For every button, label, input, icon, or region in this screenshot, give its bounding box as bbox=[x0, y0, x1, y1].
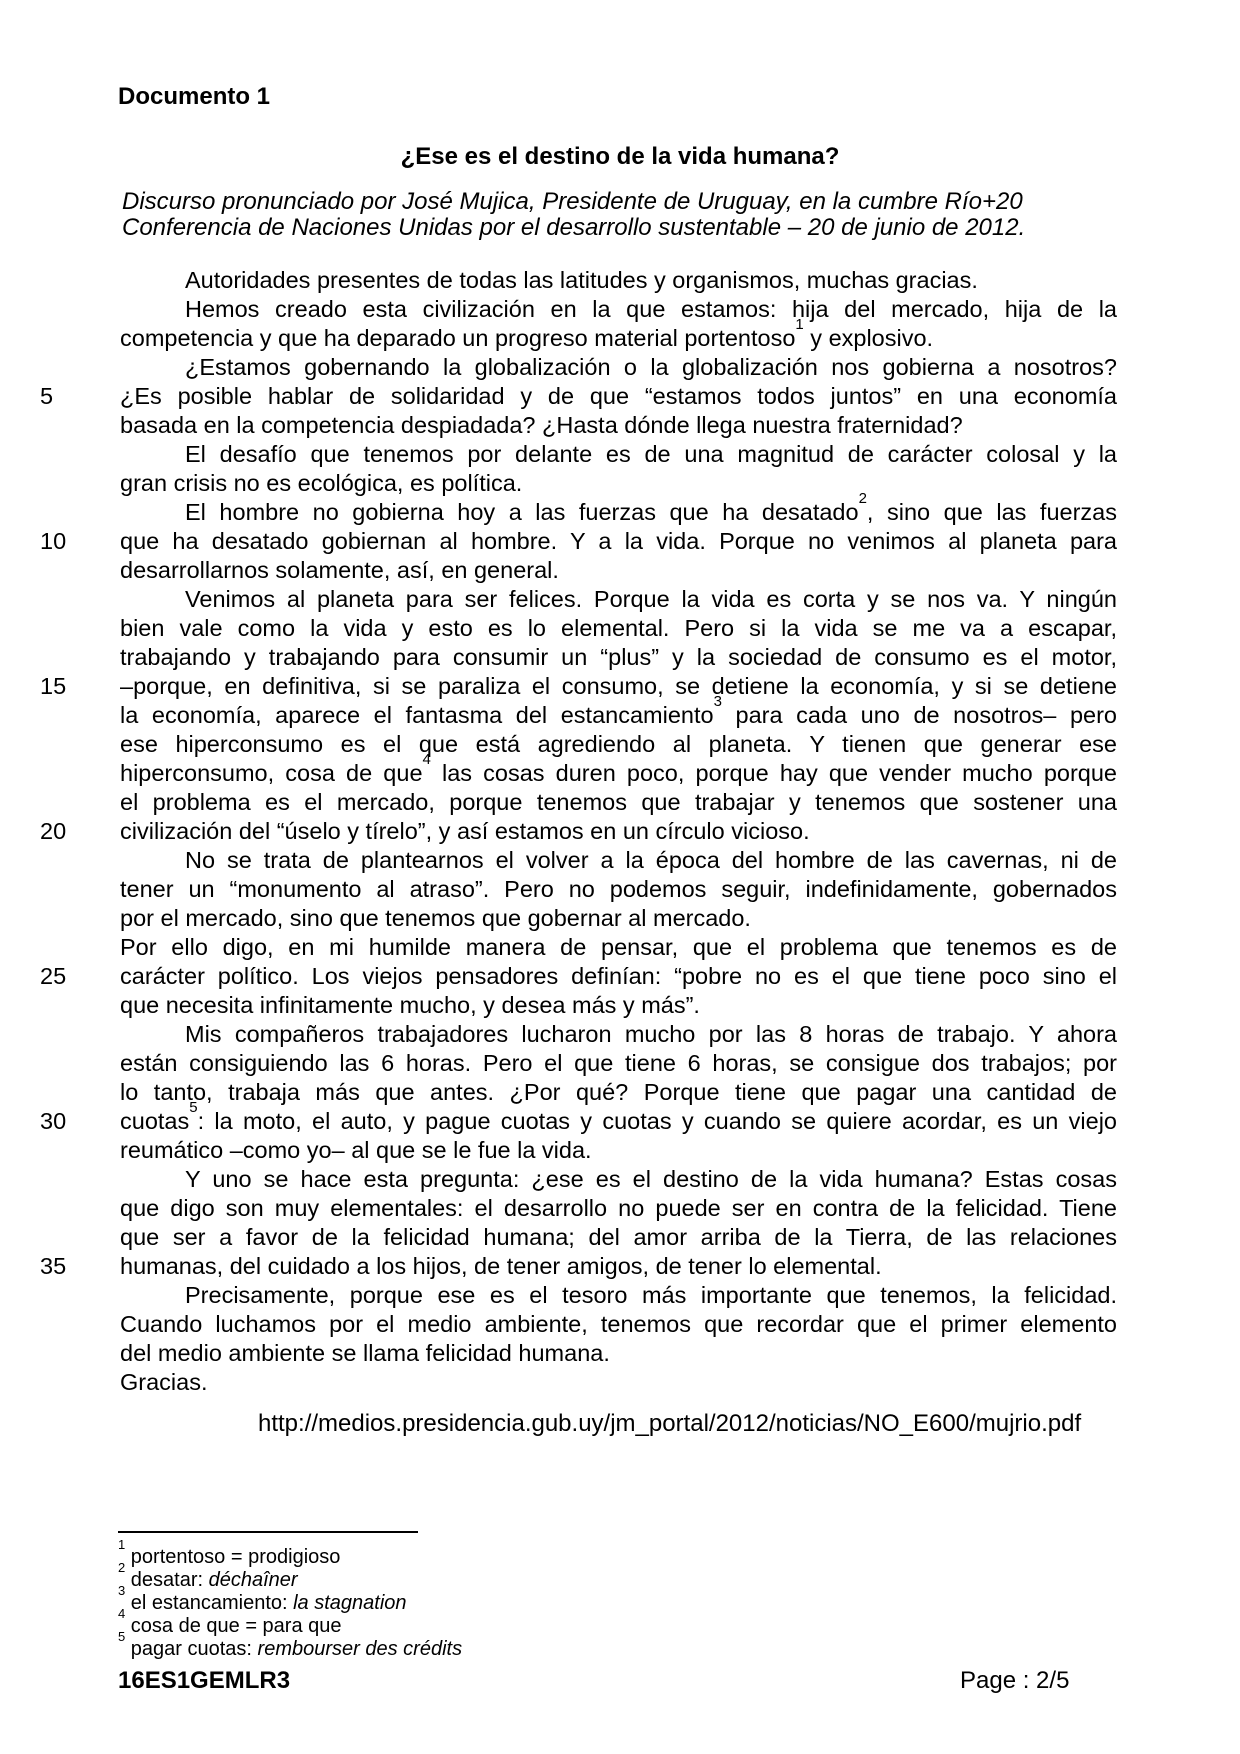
line-number: 35 bbox=[40, 1252, 74, 1281]
body-line: 25carácter político. Los viejos pensador… bbox=[120, 962, 1117, 991]
body-line: Autoridades presentes de todas las latit… bbox=[120, 266, 1117, 295]
line-number: 5 bbox=[40, 382, 74, 411]
body-line: Cuando luchamos por el medio ambiente, t… bbox=[120, 1310, 1117, 1339]
footer-page-number: Page : 2/5 bbox=[960, 1667, 1069, 1695]
body-line: 20civilización del “úselo y tírelo”, y a… bbox=[120, 817, 1117, 846]
intro-line-2: Conferencia de Naciones Unidas por el de… bbox=[122, 215, 1132, 241]
body-line: reumático –como yo– al que se le fue la … bbox=[120, 1136, 1117, 1165]
body-line: que digo son muy elementales: el desarro… bbox=[120, 1194, 1117, 1223]
body-line: lo tanto, trabaja más que antes. ¿Por qu… bbox=[120, 1078, 1117, 1107]
body-line: No se trata de plantearnos el volver a l… bbox=[120, 846, 1117, 875]
footnote: 1 portentoso = prodigioso bbox=[118, 1546, 918, 1569]
body-line: ese hiperconsumo es el que está agredien… bbox=[120, 730, 1117, 759]
doc-label: Documento 1 bbox=[118, 83, 270, 111]
body-line: que ser a favor de la felicidad humana; … bbox=[120, 1223, 1117, 1252]
body-line: Precisamente, porque ese es el tesoro má… bbox=[120, 1281, 1117, 1310]
footnote-number: 2 bbox=[118, 1560, 125, 1575]
body-line: basada en la competencia despiadada? ¿Ha… bbox=[120, 411, 1117, 440]
footnote-ref: 4 bbox=[423, 751, 431, 768]
body-line: hiperconsumo, cosa de que4 las cosas dur… bbox=[120, 759, 1117, 788]
body-line: trabajando y trabajando para consumir un… bbox=[120, 643, 1117, 672]
footnote: 2 desatar: déchaîner bbox=[118, 1569, 918, 1592]
footnote: 3 el estancamiento: la stagnation bbox=[118, 1592, 918, 1615]
body-line: la economía, aparece el fantasma del est… bbox=[120, 701, 1117, 730]
footnote: 4 cosa de que = para que bbox=[118, 1615, 918, 1638]
footnote-number: 3 bbox=[118, 1583, 125, 1598]
body-line: Gracias. bbox=[120, 1368, 1117, 1397]
footnote-translation: la stagnation bbox=[293, 1592, 406, 1614]
body-line: 30cuotas5: la moto, el auto, y pague cuo… bbox=[120, 1107, 1117, 1136]
footnote-ref: 2 bbox=[859, 490, 867, 507]
footnote-translation: déchaîner bbox=[209, 1569, 298, 1591]
body-line: 10que ha desatado gobiernan al hombre. Y… bbox=[120, 527, 1117, 556]
footnote-number: 5 bbox=[118, 1629, 125, 1644]
body-line: 15–porque, en definitiva, si se paraliza… bbox=[120, 672, 1117, 701]
footnote-ref: 1 bbox=[795, 316, 803, 333]
body-lines: Autoridades presentes de todas las latit… bbox=[120, 266, 1117, 1397]
body-line: Hemos creado esta civilización en la que… bbox=[120, 295, 1117, 324]
intro-line-1: Discurso pronunciado por José Mujica, Pr… bbox=[122, 189, 1132, 215]
footnote-number: 1 bbox=[118, 1537, 125, 1552]
footnotes: 1 portentoso = prodigioso2 desatar: déch… bbox=[118, 1546, 918, 1661]
body-line: por el mercado, sino que tenemos que gob… bbox=[120, 904, 1117, 933]
body-line: competencia y que ha deparado un progres… bbox=[120, 324, 1117, 353]
body-line: 35humanas, del cuidado a los hijos, de t… bbox=[120, 1252, 1117, 1281]
footnote-number: 4 bbox=[118, 1606, 125, 1621]
source-url: http://medios.presidencia.gub.uy/jm_port… bbox=[258, 1410, 1081, 1438]
intro-block: Discurso pronunciado por José Mujica, Pr… bbox=[122, 189, 1132, 241]
footnote-rule bbox=[118, 1531, 418, 1533]
body-line: están consiguiendo las 6 horas. Pero el … bbox=[120, 1049, 1117, 1078]
line-number: 15 bbox=[40, 672, 74, 701]
body-line: Mis compañeros trabajadores lucharon muc… bbox=[120, 1020, 1117, 1049]
body-line: El desafío que tenemos por delante es de… bbox=[120, 440, 1117, 469]
body-line: ¿Estamos gobernando la globalización o l… bbox=[120, 353, 1117, 382]
footnote-translation: rembourser des crédits bbox=[258, 1638, 463, 1660]
body-line: gran crisis no es ecológica, es política… bbox=[120, 469, 1117, 498]
body-line: 5¿Es posible hablar de solidaridad y de … bbox=[120, 382, 1117, 411]
body-line: desarrollarnos solamente, así, en genera… bbox=[120, 556, 1117, 585]
document-page: Documento 1 ¿Ese es el destino de la vid… bbox=[0, 0, 1240, 1754]
body-line: que necesita infinitamente mucho, y dese… bbox=[120, 991, 1117, 1020]
body-line: bien vale como la vida y esto es lo elem… bbox=[120, 614, 1117, 643]
body-line: Venimos al planeta para ser felices. Por… bbox=[120, 585, 1117, 614]
body-line: El hombre no gobierna hoy a las fuerzas … bbox=[120, 498, 1117, 527]
body-line: tener un “monumento al atraso”. Pero no … bbox=[120, 875, 1117, 904]
footer-exam-code: 16ES1GEMLR3 bbox=[118, 1667, 290, 1695]
body-line: del medio ambiente se llama felicidad hu… bbox=[120, 1339, 1117, 1368]
body-line: el problema es el mercado, porque tenemo… bbox=[120, 788, 1117, 817]
document-title: ¿Ese es el destino de la vida humana? bbox=[0, 143, 1240, 171]
line-number: 30 bbox=[40, 1107, 74, 1136]
body-line: Y uno se hace esta pregunta: ¿ese es el … bbox=[120, 1165, 1117, 1194]
line-number: 20 bbox=[40, 817, 74, 846]
line-number: 10 bbox=[40, 527, 74, 556]
line-number: 25 bbox=[40, 962, 74, 991]
footnote: 5 pagar cuotas: rembourser des crédits bbox=[118, 1638, 918, 1661]
footnote-ref: 5 bbox=[189, 1099, 197, 1116]
body-line: Por ello digo, en mi humilde manera de p… bbox=[120, 933, 1117, 962]
footnote-ref: 3 bbox=[714, 693, 722, 710]
